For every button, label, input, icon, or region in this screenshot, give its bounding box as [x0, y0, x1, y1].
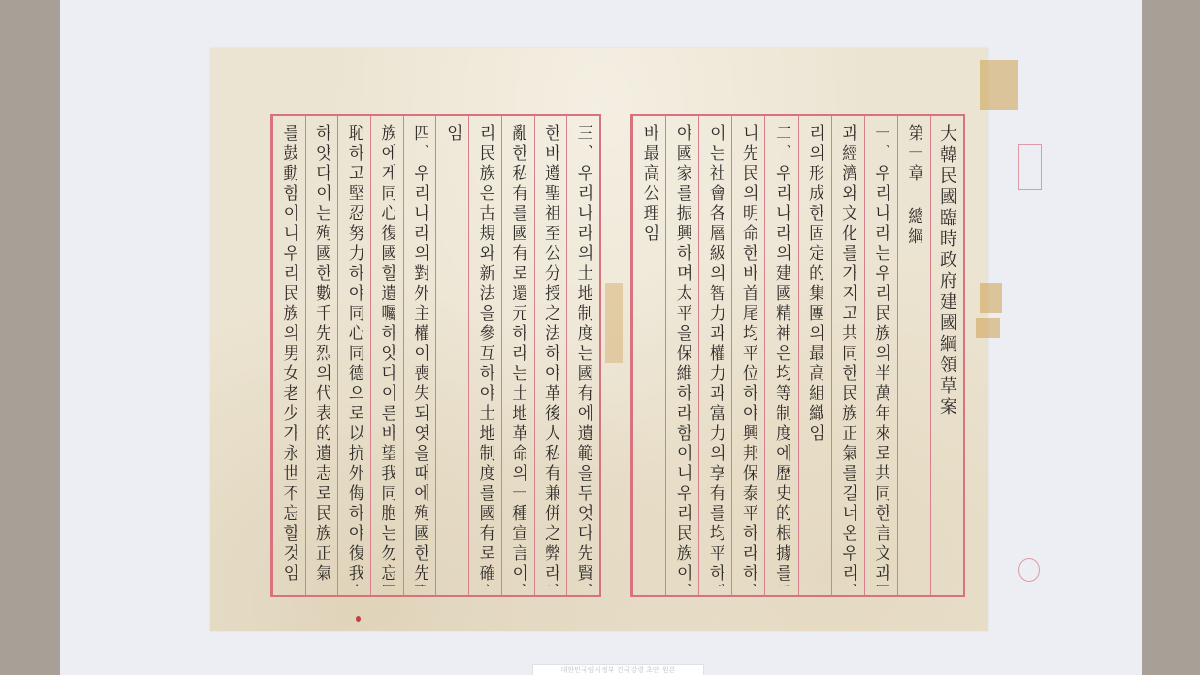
document-sheet: 大韓民國臨時政府建國綱領草案 第一章 總綱 一、우리나라는우리民族의半萬年來로共… — [210, 48, 988, 631]
text-column: 三、우리나라의土地制度는國有에遺範을두엇다先賢의痛論 — [566, 116, 599, 595]
document-page-left: 三、우리나라의土地制度는國有에遺範을두엇다先賢의痛論 한바遵聖祖至公分授之法하야… — [270, 114, 601, 597]
tape-mark-top-right — [980, 60, 1018, 110]
text-column: 리民族은古規와新法을參互하야土地制度를國有로確定할것 — [468, 116, 501, 595]
text-column: 族에게同心復國할遺囑하얏다이른바望我同胞는勿忘國 — [370, 116, 403, 595]
image-caption: 대한민국임시정부 건국강령 초안 원본 — [532, 664, 704, 675]
text-column: 二、우리나라의建國精神은均等制度에歷史的根據를두엇으 — [764, 116, 797, 595]
text-column: 를鼓動함이니우리民族의男女老少가永世不忘할것임 — [273, 116, 305, 595]
seal-stamp-top — [1018, 144, 1042, 190]
chapter-heading: 第一章 總綱 — [905, 124, 922, 586]
ink-spot — [356, 616, 361, 622]
text-column: 이는社會各層級의智力과權力과富力의享有를均平하게하 — [698, 116, 731, 595]
text-column: 大韓民國臨時政府建國綱領草案 — [930, 116, 963, 595]
text-column: 과經濟와文化를가지고共同한民族正氣를길너온우리끼 — [831, 116, 864, 595]
text-column: 야國家를振興하며太平을保維하라함이니우리民族이직힐 — [665, 116, 698, 595]
tape-mark-center — [605, 283, 623, 363]
text-column: 하얏다이는殉國한數千先烈의代表的遺志로民族正氣 — [305, 116, 338, 595]
text-column: 第一章 總綱 — [897, 116, 930, 595]
document-page-right: 大韓民國臨時政府建國綱領草案 第一章 總綱 一、우리나라는우리民族의半萬年來로共… — [630, 114, 965, 597]
tape-mark-right-lower — [976, 318, 1000, 338]
text-column: 四、우리나라의對外主權이喪失되엿을때에殉國한先烈은우리民 — [403, 116, 436, 595]
text-column: 임 — [435, 116, 468, 595]
image-viewer: 大韓民國臨時政府建國綱領草案 第一章 總綱 一、우리나라는우리民族의半萬年來로共… — [60, 0, 1142, 675]
tape-mark-right — [980, 283, 1002, 313]
seal-stamp-bottom — [1018, 558, 1040, 582]
text-column: 니先民의明命한바首尾均平位하야興邦保泰平하라하얏다 — [731, 116, 764, 595]
text-column: 恥하고堅忍努力하야同心同德으로以抗外侮하야復我自由獨立하라 — [337, 116, 370, 595]
text-column: 一、우리나라는우리民族의半萬年來로共同한言文과國土와主權 — [864, 116, 897, 595]
text-column: 한바遵聖祖至公分授之法하야革後人私有兼併之弊라하니이는紊 — [534, 116, 567, 595]
text-column: 리의形成한固定的集團의最高組織임 — [798, 116, 831, 595]
text-column: 亂한私有를國有로還元하라는土地革命의一種宣言이라우 — [501, 116, 534, 595]
document-title: 大韓民國臨時政府建國綱領草案 — [938, 124, 956, 586]
text-column: 바最高公理임 — [633, 116, 665, 595]
